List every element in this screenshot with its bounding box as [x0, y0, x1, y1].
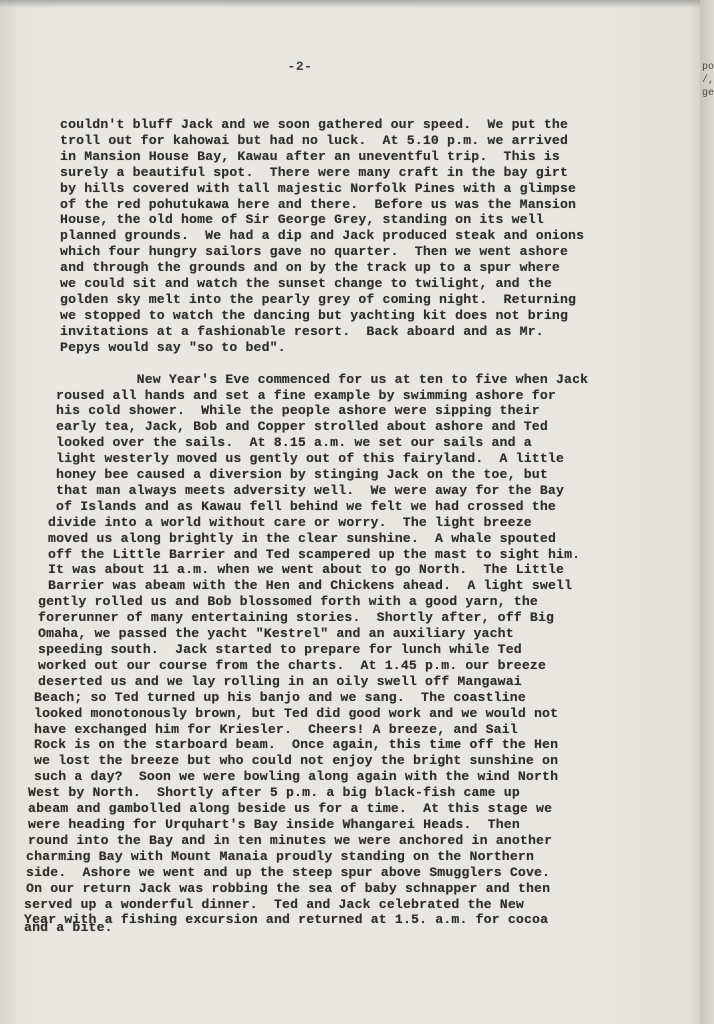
text-line: in Mansion House Bay, Kawau after an une…	[60, 149, 714, 165]
text-line: early tea, Jack, Bob and Copper strolled…	[56, 419, 714, 435]
text-line: invitations at a fashionable resort. Bac…	[60, 324, 714, 340]
text-line: couldn't bluff Jack and we soon gathered…	[60, 117, 714, 133]
text-line: charming Bay with Mount Manaia proudly s…	[26, 849, 686, 865]
text-line: roused all hands and set a fine example …	[56, 388, 714, 404]
text-line: such a day? Soon we were bowling along a…	[34, 769, 694, 785]
text-line: side. Ashore we went and up the steep sp…	[26, 865, 686, 881]
text-line: moved us along brightly in the clear sun…	[48, 531, 708, 547]
text-line: surely a beautiful spot. There were many…	[60, 165, 714, 181]
page-number: -2-	[0, 59, 600, 74]
text-line: gently rolled us and Bob blossomed forth…	[38, 594, 698, 610]
text-line: by hills covered with tall majestic Norf…	[60, 181, 714, 197]
text-line: and a bite.	[24, 920, 684, 936]
text-line: New Year's Eve commenced for us at ten t…	[56, 372, 714, 388]
text-line: light westerly moved us gently out of th…	[56, 451, 714, 467]
text-line: were heading for Urquhart's Bay inside W…	[28, 817, 688, 833]
adjacent-page-text: po	[702, 62, 714, 73]
text-line: and through the grounds and on by the tr…	[60, 260, 714, 276]
text-line: troll out for kahowai but had no luck. A…	[60, 133, 714, 149]
text-line: Pepys would say "so to bed".	[60, 340, 714, 356]
text-line: divide into a world without care or worr…	[48, 515, 708, 531]
text-line: It was about 11 a.m. when we went about …	[48, 562, 708, 578]
text-line: looked over the sails. At 8.15 a.m. we s…	[56, 435, 714, 451]
text-line: abeam and gambolled along beside us for …	[28, 801, 688, 817]
text-line: golden sky melt into the pearly grey of …	[60, 292, 714, 308]
text-line: Barrier was abeam with the Hen and Chick…	[48, 578, 708, 594]
adjacent-page-edge: po /, ge	[700, 0, 714, 1024]
text-line: planned grounds. We had a dip and Jack p…	[60, 228, 714, 244]
paragraph-gap	[60, 356, 714, 372]
adjacent-page-text: /,	[702, 75, 714, 86]
text-line: honey bee caused a diversion by stinging…	[56, 467, 714, 483]
text-line: Rock is on the starboard beam. Once agai…	[34, 737, 694, 753]
text-line: looked monotonously brown, but Ted did g…	[34, 706, 694, 722]
text-line: we could sit and watch the sunset change…	[60, 276, 714, 292]
text-line: speeding south. Jack started to prepare …	[38, 642, 698, 658]
text-line: that man always meets adversity well. We…	[56, 483, 714, 499]
paragraph-new-years-eve: New Year's Eve commenced for us at ten t…	[60, 372, 714, 937]
text-line: Omaha, we passed the yacht "Kestrel" and…	[38, 626, 698, 642]
text-line: of Islands and as Kawau fell behind we f…	[56, 499, 714, 515]
paragraph-mansion-house-bay: couldn't bluff Jack and we soon gathered…	[60, 117, 714, 356]
text-line: On our return Jack was robbing the sea o…	[26, 881, 686, 897]
text-line: forerunner of many entertaining stories.…	[38, 610, 698, 626]
text-line: deserted us and we lay rolling in an oil…	[38, 674, 698, 690]
adjacent-page-text: ge	[702, 88, 714, 99]
text-line: served up a wonderful dinner. Ted and Ja…	[24, 897, 684, 913]
text-line: have exchanged him for Kriesler. Cheers!…	[34, 722, 694, 738]
document-page: -2- couldn't bluff Jack and we soon gath…	[0, 0, 700, 1024]
text-line: his cold shower. While the people ashore…	[56, 403, 714, 419]
text-line: which four hungry sailors gave no quarte…	[60, 244, 714, 260]
text-line: Beach; so Ted turned up his banjo and we…	[34, 690, 694, 706]
text-line: round into the Bay and in ten minutes we…	[28, 833, 688, 849]
document-body: couldn't bluff Jack and we soon gathered…	[60, 117, 714, 936]
text-line: we lost the breeze but who could not enj…	[34, 753, 694, 769]
text-line: House, the old home of Sir George Grey, …	[60, 212, 714, 228]
text-line: off the Little Barrier and Ted scampered…	[48, 547, 708, 563]
text-line: West by North. Shortly after 5 p.m. a bi…	[28, 785, 688, 801]
text-line: we stopped to watch the dancing but yach…	[60, 308, 714, 324]
text-line: worked out our course from the charts. A…	[38, 658, 698, 674]
text-line: of the red pohutukawa here and there. Be…	[60, 197, 714, 213]
